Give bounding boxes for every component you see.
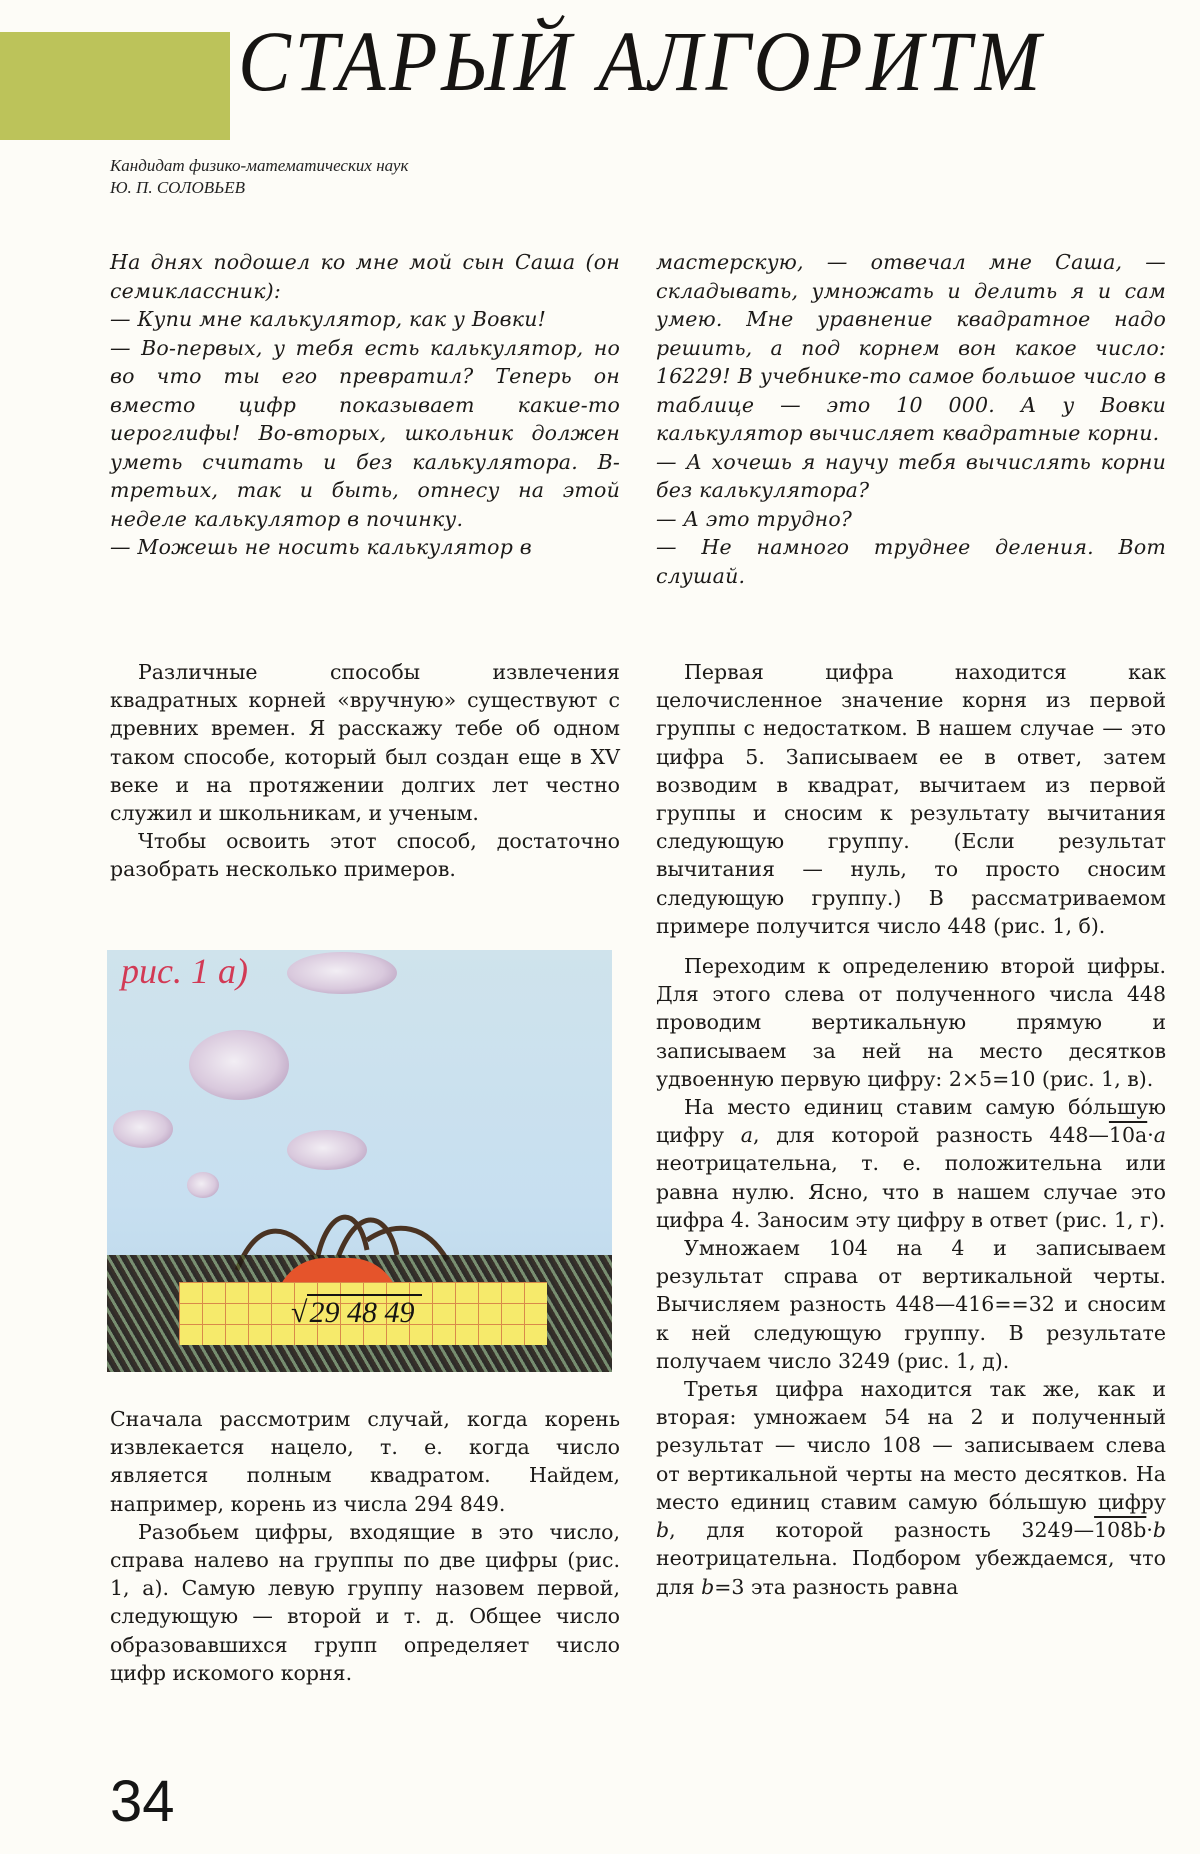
figure-1a-illustration: рис. 1 а) √29 48 49 [107, 950, 612, 1372]
body-left-bottom: Сначала рассмотрим случай, когда корень … [110, 1405, 620, 1687]
article-title: СТАРЫЙ АЛГОРИТМ [238, 16, 1044, 106]
author-credential: Кандидат физико-математических наук [110, 155, 408, 177]
text-run: , для которой разность 448— [753, 1123, 1109, 1147]
math-variable: a [741, 1123, 753, 1147]
body-paragraph: Разобьем цифры, входящие в это число, сп… [110, 1518, 620, 1687]
cloud-icon [287, 952, 397, 994]
body-paragraph: Чтобы освоить этот способ, достаточно ра… [110, 827, 620, 883]
intro-paragraph: — А хочешь я научу тебя вычислять корни … [656, 448, 1166, 505]
intro-dialogue-left: На днях подошел ко мне мой сын Саша (он … [110, 248, 620, 562]
intro-paragraph: — А это трудно? [656, 505, 1166, 534]
math-overline: 10a [1109, 1123, 1147, 1147]
text-run: =3 эта разность равна [714, 1575, 958, 1599]
text-run: Третья цифра находится так же, как и вто… [656, 1377, 1166, 1514]
math-variable: b [1153, 1518, 1166, 1542]
body-paragraph: Сначала рассмотрим случай, когда корень … [110, 1405, 620, 1518]
byline: Кандидат физико-математических наук Ю. П… [110, 155, 408, 199]
text-run: , для которой разность 3249— [669, 1518, 1094, 1542]
grid-paper: √29 48 49 [179, 1282, 547, 1345]
body-paragraph: Первая цифра находится как целочисленное… [656, 658, 1166, 940]
title-accent-block [0, 32, 230, 140]
intro-paragraph: — Во-первых, у тебя есть калькулятор, но… [110, 334, 620, 534]
cloud-icon [187, 1172, 219, 1198]
author-name: Ю. П. СОЛОВЬЕВ [110, 177, 408, 199]
intro-paragraph: мастерскую, — отвечал мне Саша, — склады… [656, 248, 1166, 448]
body-paragraph: Третья цифра находится так же, как и вто… [656, 1375, 1166, 1601]
body-paragraph: Переходим к определению второй цифры. Дл… [656, 952, 1166, 1093]
cloud-icon [113, 1110, 173, 1148]
math-variable: b [656, 1518, 669, 1542]
body-paragraph: Различные способы извлечения квадратных … [110, 658, 620, 827]
square-root-expression: √29 48 49 [291, 1296, 422, 1330]
text-run: неотрицательна, т. е. положительна или р… [656, 1151, 1166, 1231]
intro-paragraph: — Купи мне калькулятор, как у Вовки! [110, 305, 620, 334]
figure-label: рис. 1 а) [121, 950, 248, 992]
intro-dialogue-right: мастерскую, — отвечал мне Саша, — склады… [656, 248, 1166, 590]
radicand: 29 48 49 [307, 1294, 422, 1329]
body-paragraph: На место единиц ставим самую бо́льшую ци… [656, 1093, 1166, 1234]
sqrt-symbol: √ [291, 1296, 307, 1329]
math-variable: a [1154, 1123, 1166, 1147]
body-left-top: Различные способы извлечения квадратных … [110, 658, 620, 884]
body-paragraph: Умножаем 104 на 4 и записываем результат… [656, 1234, 1166, 1375]
math-overline: 108b [1094, 1518, 1146, 1542]
body-right: Первая цифра находится как целочисленное… [656, 658, 1166, 1601]
page-number: 34 [110, 1770, 175, 1834]
intro-paragraph: — Можешь не носить калькулятор в [110, 533, 620, 562]
intro-paragraph: — Не намного труднее деления. Вот слушай… [656, 533, 1166, 590]
intro-paragraph: На днях подошел ко мне мой сын Саша (он … [110, 248, 620, 305]
cloud-icon [189, 1030, 289, 1100]
cloud-icon [287, 1130, 367, 1170]
math-variable: b [701, 1575, 714, 1599]
